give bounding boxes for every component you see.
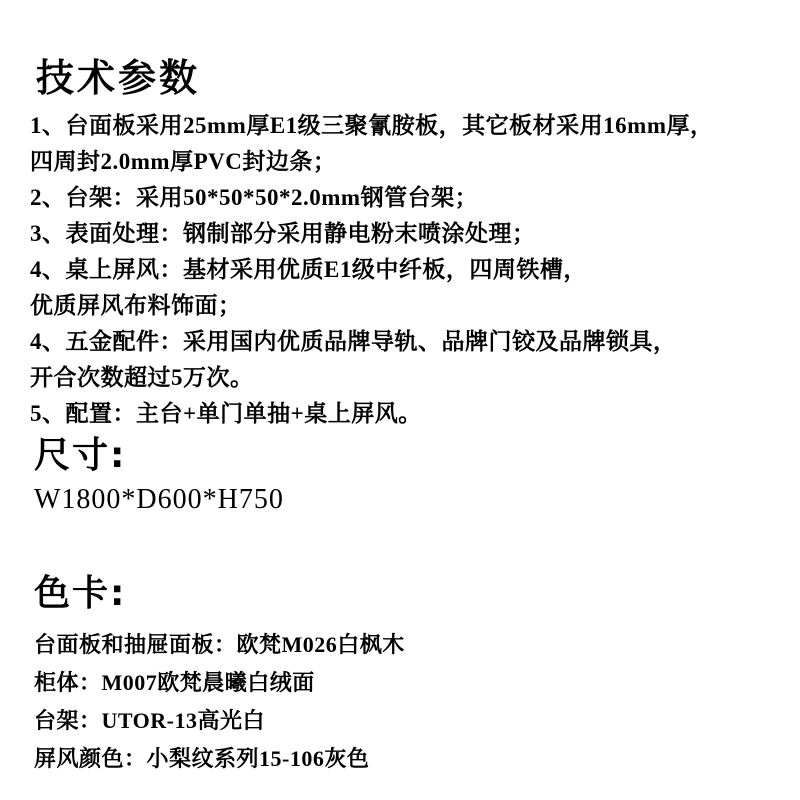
spec-item-1-line-2: 四周封2.0mm厚PVC封边条； [30, 144, 770, 180]
spec-item-4b-line-2: 开合次数超过5万次。 [30, 360, 770, 396]
color-card-heading: 色卡: [34, 572, 770, 616]
spec-item-3: 3、表面处理：钢制部分采用静电粉末喷涂处理； [30, 216, 770, 252]
color-line-screen: 屏风颜色：小梨纹系列15-106灰色 [34, 740, 770, 778]
dimensions-value: W1800*D600*H750 [34, 484, 770, 516]
color-line-cabinet: 柜体：M007欧梵晨曦白绒面 [34, 664, 770, 702]
spec-item-4-line-2: 优质屏风布料饰面； [30, 288, 770, 324]
tech-specs-heading: 技术参数 [36, 56, 770, 100]
spec-item-4-line-1: 4、桌上屏风：基材采用优质E1级中纤板，四周铁槽， [30, 252, 770, 288]
spec-item-5: 5、配置：主台+单门单抽+桌上屏风。 [30, 396, 770, 432]
color-card-list: 台面板和抽屉面板：欧梵M026白枫木 柜体：M007欧梵晨曦白绒面 台架：UTO… [30, 626, 770, 778]
spec-item-1-line-1: 1、台面板采用25mm厚E1级三聚氰胺板，其它板材采用16mm厚， [30, 108, 770, 144]
spec-item-4b-line-1: 4、五金配件：采用国内优质品牌导轨、品牌门铰及品牌锁具， [30, 324, 770, 360]
spec-item-2: 2、台架：采用50*50*50*2.0mm钢管台架； [30, 180, 770, 216]
color-line-desktop: 台面板和抽屉面板：欧梵M026白枫木 [34, 626, 770, 664]
tech-specs-list: 1、台面板采用25mm厚E1级三聚氰胺板，其它板材采用16mm厚， 四周封2.0… [30, 108, 770, 432]
dimensions-heading: 尺寸: [34, 434, 770, 478]
color-line-frame: 台架：UTOR-13高光白 [34, 702, 770, 740]
product-spec-document: 技术参数 1、台面板采用25mm厚E1级三聚氰胺板，其它板材采用16mm厚， 四… [0, 0, 800, 800]
